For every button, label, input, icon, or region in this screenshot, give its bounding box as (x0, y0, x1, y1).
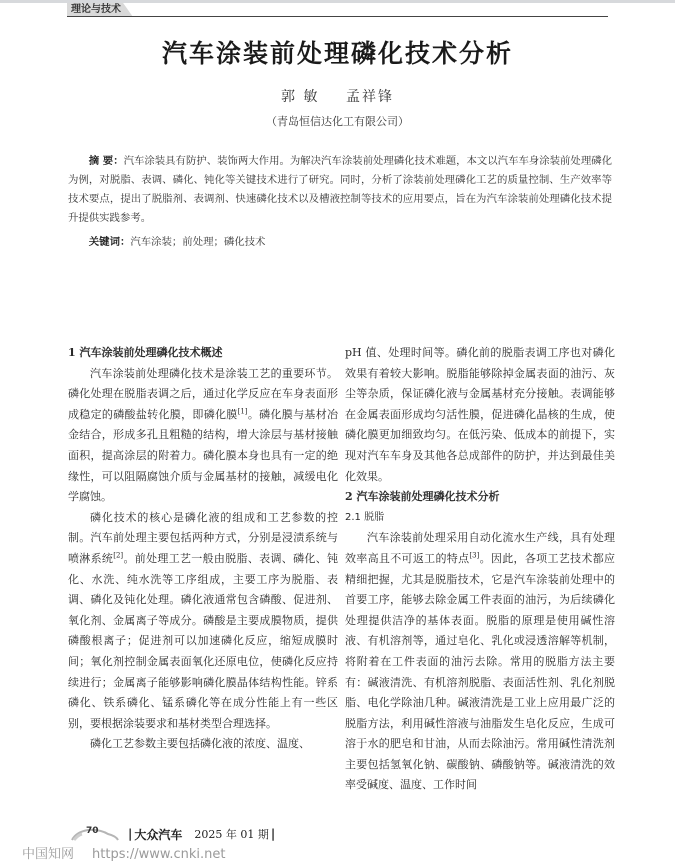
issue-number: 2025 年 01 期 (194, 826, 268, 842)
top-border (0, 0, 675, 3)
paragraph: 磷化技术的核心是磷化液的组成和工艺参数的控制。汽车前处理主要包括两种方式，分别是… (68, 508, 338, 735)
page-footer: 70 | 大众汽车 2025 年 01 期 | (70, 826, 277, 842)
paragraph-text: 。磷化膜与基材冶金结合，形成多孔且粗糙的结构，增大涂层与基材接触面积，提高涂层的… (68, 408, 338, 503)
section-heading-2: 2 汽车涂装前处理磷化技术分析 (345, 487, 615, 508)
right-column: pH 值、处理时间等。磷化前的脱脂表调工序也对磷化效果有着较大影响。脱脂能够除掉… (345, 343, 615, 796)
left-column: 1 汽车涂装前处理磷化技术概述 汽车涂装前处理磷化技术是涂装工艺的重要环节。磷化… (68, 343, 338, 755)
watermark-url[interactable]: https://www.cnki.net (92, 847, 225, 861)
paragraph: pH 值、处理时间等。磷化前的脱脂表调工序也对磷化效果有着较大影响。脱脂能够除掉… (345, 343, 615, 487)
watermark-site-name: 中国知网 (22, 847, 74, 861)
citation-ref[interactable]: [3] (469, 551, 479, 559)
abstract: 摘 要：汽车涂装具有防护、装饰两大作用。为解决汽车涂装前处理磷化技术难题，本文以… (68, 152, 612, 228)
citation-ref[interactable]: [1] (238, 407, 248, 415)
page-number: 70 (86, 826, 99, 836)
abstract-text: 汽车涂装具有防护、装饰两大作用。为解决汽车涂装前处理磷化技术难题，本文以汽车车身… (68, 155, 612, 224)
abstract-label: 摘 要： (89, 155, 124, 167)
section-tag: 理论与技术 (67, 3, 133, 17)
car-outline-icon: 70 (70, 826, 120, 842)
paragraph: 汽车涂装前处理采用自动化流水生产线，具有处理效率高且不可返工的特点[3]。因此，… (345, 528, 615, 796)
header-rule (67, 16, 608, 17)
paragraph: 磷化工艺参数主要包括磷化液的浓度、温度、 (68, 734, 338, 755)
keywords: 关键词：汽车涂装；前处理；磷化技术 (68, 233, 612, 252)
authors: 郭 敏 孟祥锋 (0, 86, 675, 106)
article-title: 汽车涂装前处理磷化技术分析 (0, 34, 675, 70)
divider: | (271, 827, 275, 841)
journal-name: 大众汽车 (134, 826, 182, 843)
affiliation: （青岛恒信达化工有限公司） (0, 113, 675, 129)
author-2: 孟祥锋 (346, 89, 394, 105)
section-heading-1: 1 汽车涂装前处理磷化技术概述 (68, 343, 338, 364)
subsection-heading-2-1: 2.1 脱脂 (345, 508, 615, 529)
author-1: 郭 敏 (281, 89, 319, 105)
divider: | (128, 827, 132, 841)
cnki-watermark: 中国知网https://www.cnki.net (22, 843, 225, 861)
paragraph: 汽车涂装前处理磷化技术是涂装工艺的重要环节。磷化处理在脱脂表调之后，通过化学反应… (68, 364, 338, 508)
paragraph-text: 。前处理工艺一般由脱脂、表调、磷化、钝化、水洗、纯水洗等工序组成，主要工序为脱脂… (68, 552, 338, 730)
keywords-text: 汽车涂装；前处理；磷化技术 (130, 236, 265, 248)
citation-ref[interactable]: [2] (113, 551, 123, 559)
paragraph-text: 。因此，各项工艺技术都应精细把握，尤其是脱脂技术，它是汽车涂装前处理中的首要工序… (345, 552, 615, 792)
keywords-label: 关键词： (89, 236, 131, 248)
